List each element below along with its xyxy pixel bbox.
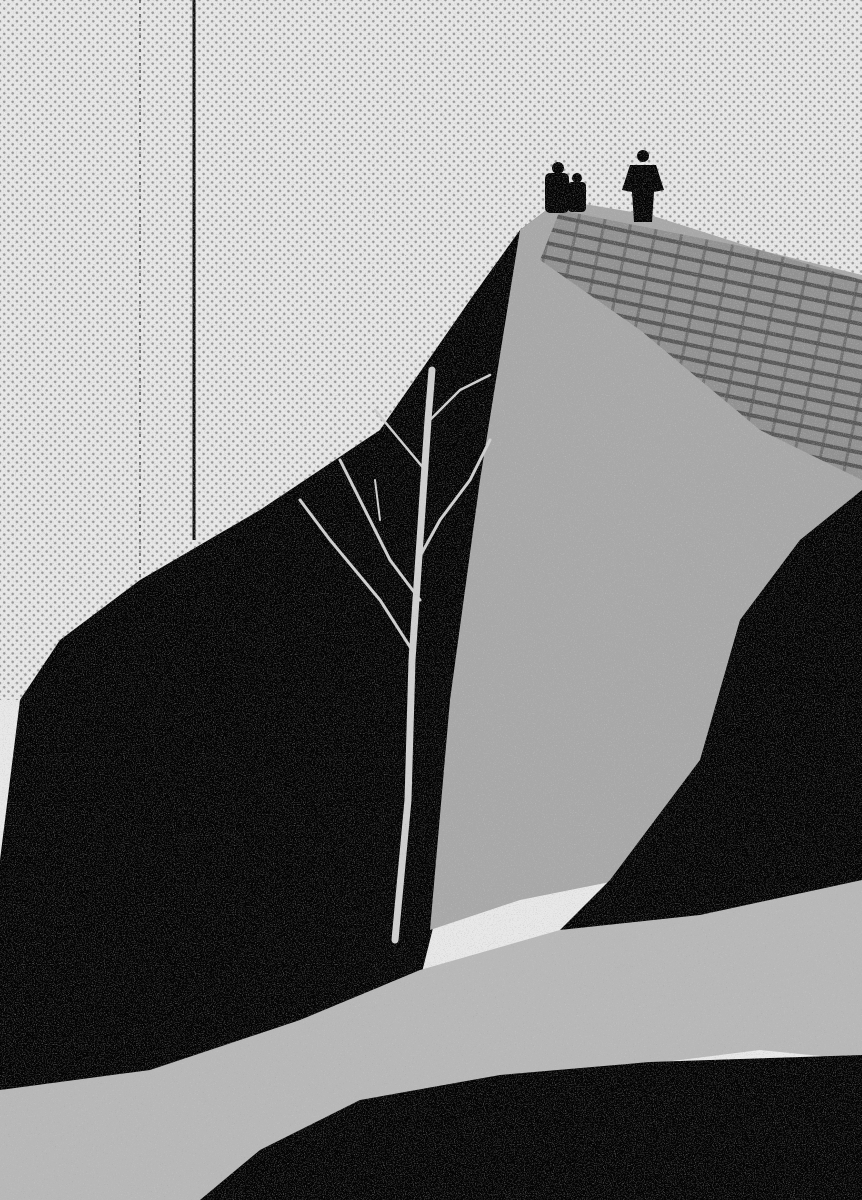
photo-scene (0, 0, 862, 1200)
halftone-photo: Tall eroded earthen wall section with tw… (0, 0, 862, 1200)
